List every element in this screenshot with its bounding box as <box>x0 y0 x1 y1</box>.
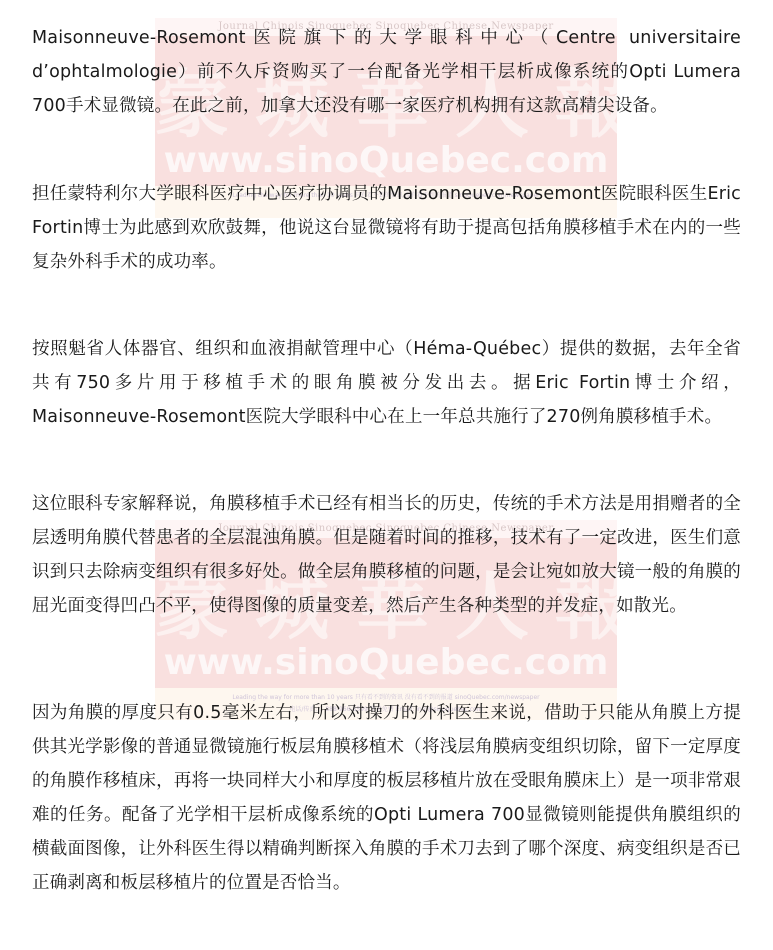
watermark-url: www.sinoQuebec.com <box>155 642 617 683</box>
watermark-url: www.sinoQuebec.com <box>155 140 617 181</box>
paragraph-technique: 因为角膜的厚度只有0.5毫米左右，所以对操刀的外科医生来说，借助于只能从角膜上方… <box>32 696 741 900</box>
paragraph-statistics: 按照魁省人体器官、组织和血液捐献管理中心（Héma-Québec）提供的数据，去… <box>32 332 741 434</box>
paragraph-equipment-purchase: Maisonneuve-Rosemont医院旗下的大学眼科中心（Centre u… <box>32 21 741 123</box>
paragraph-history: 这位眼科专家解释说，角膜移植手术已经有相当长的历史，传统的手术方法是用捐赠者的全… <box>32 487 741 623</box>
paragraph-doctor-quote: 担任蒙特利尔大学眼科医疗中心医疗协调员的Maisonneuve-Rosemont… <box>32 177 741 279</box>
